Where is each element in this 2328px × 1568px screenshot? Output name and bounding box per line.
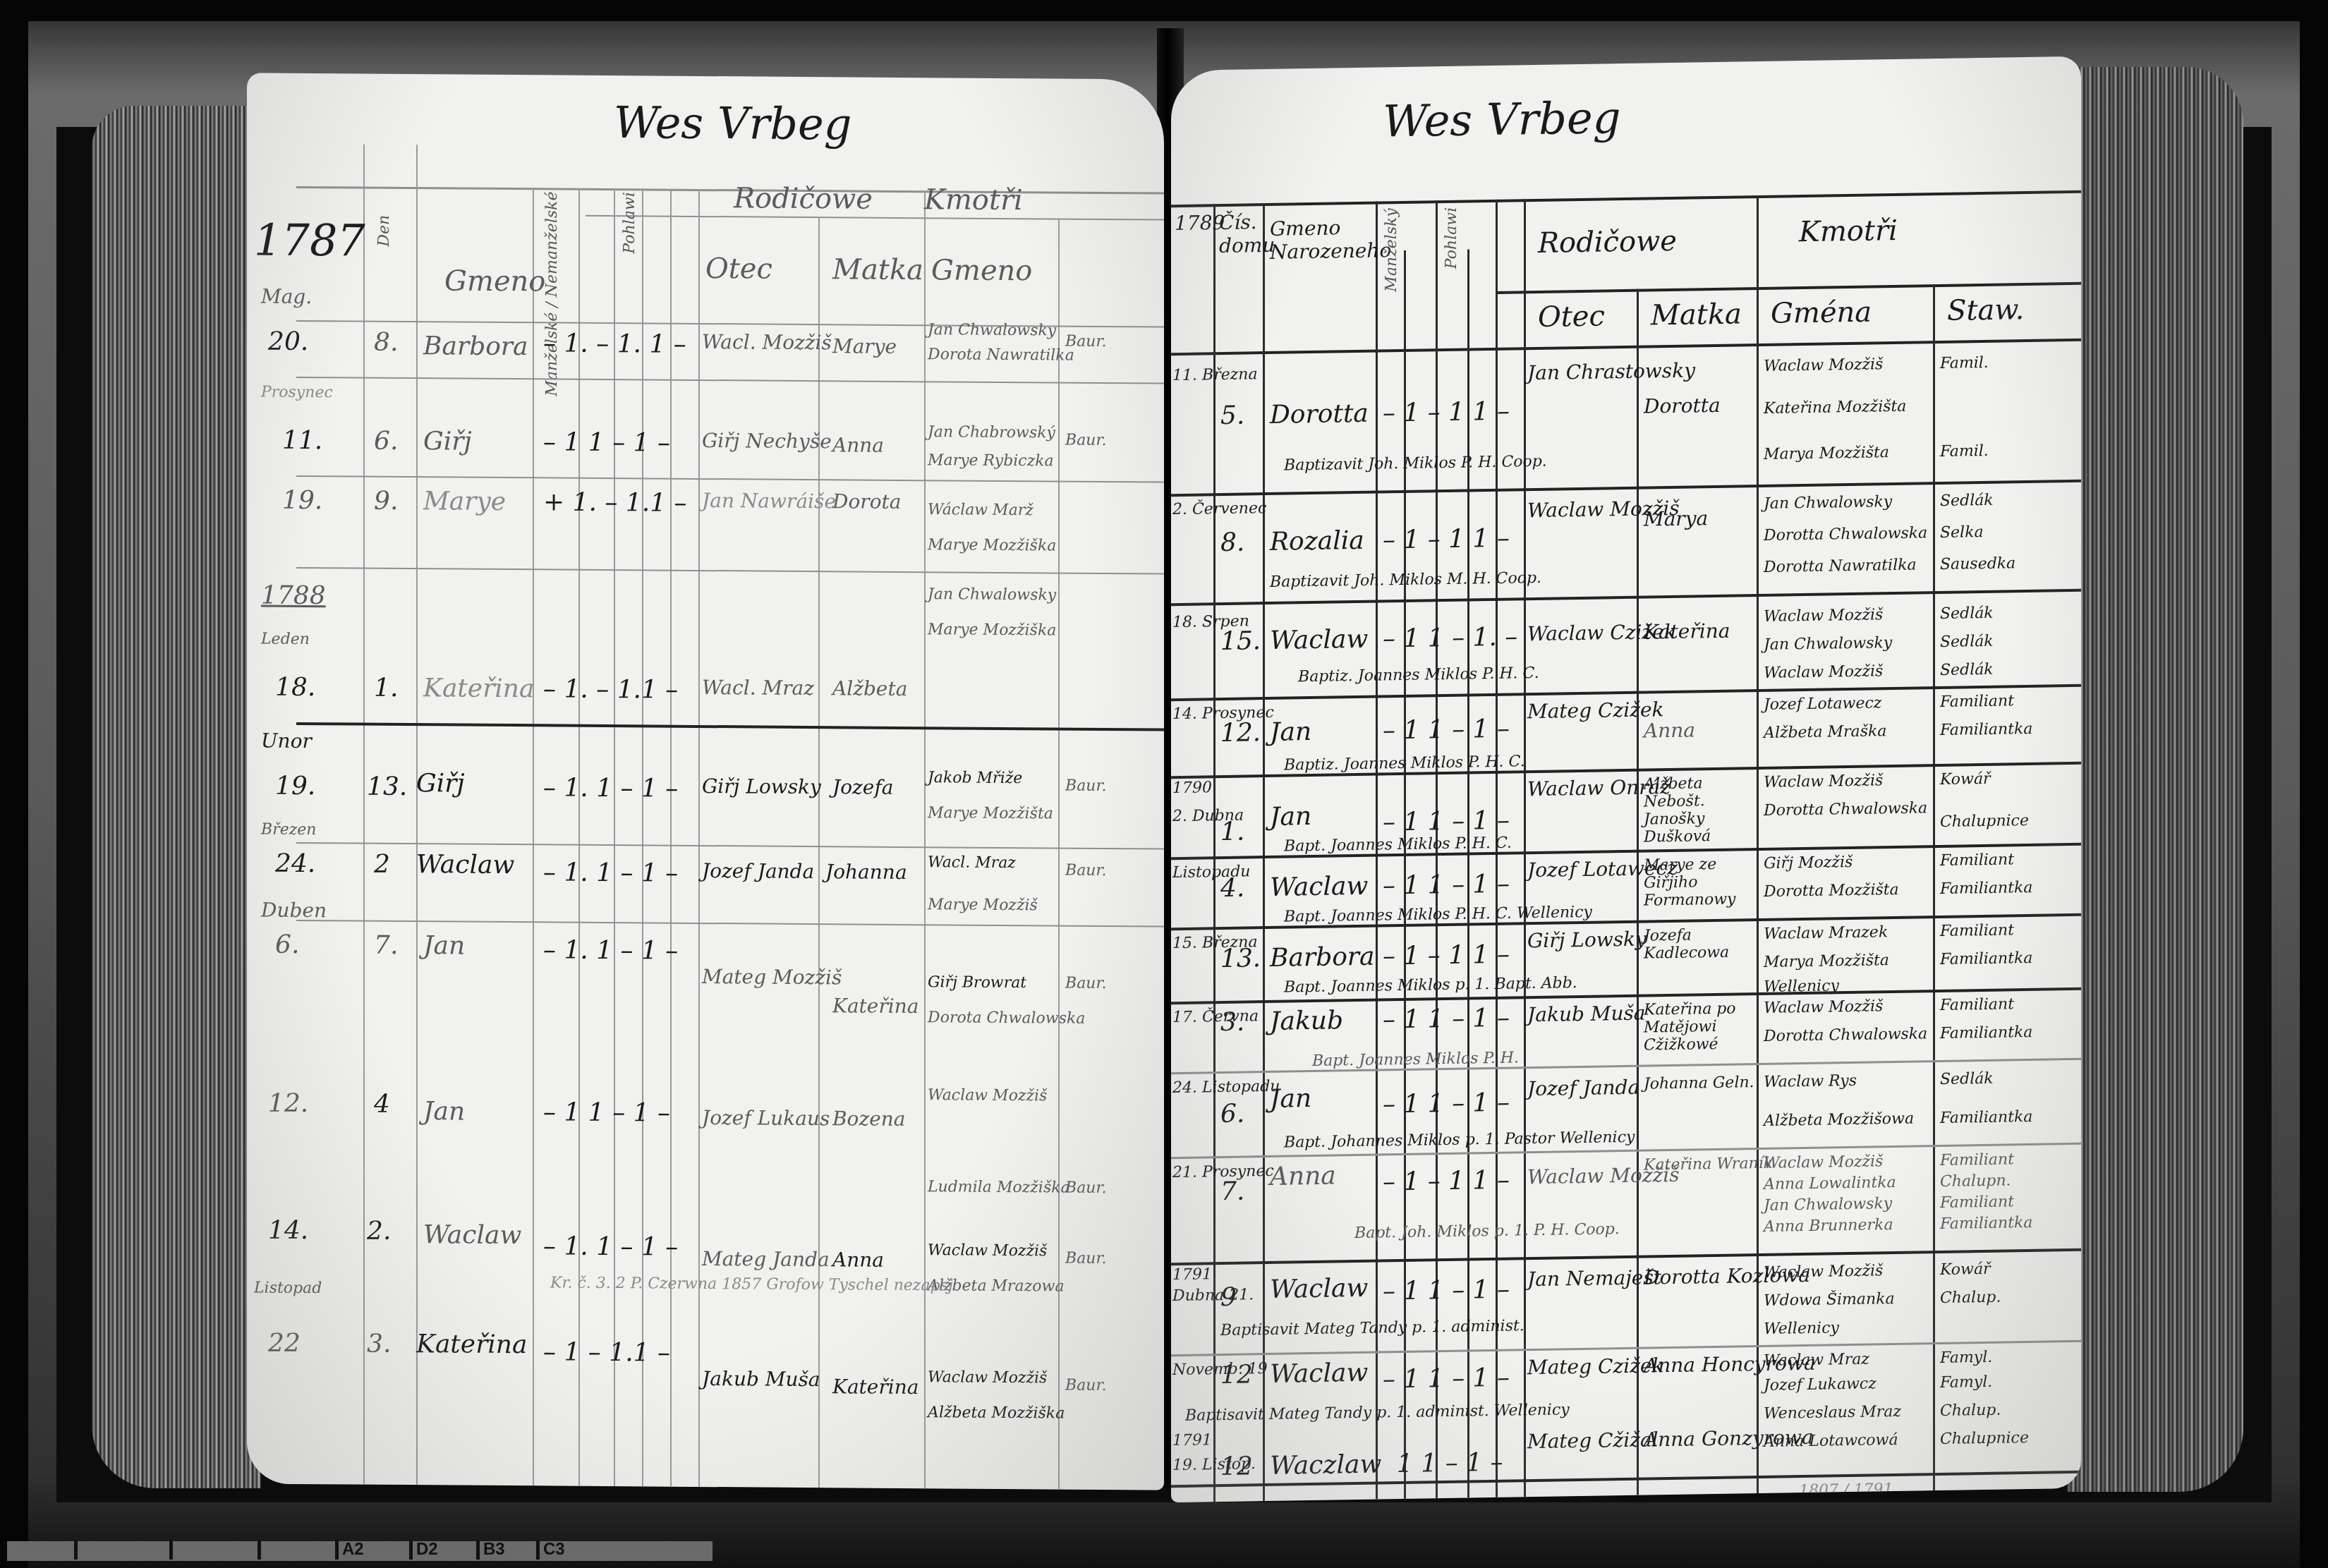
row-father: Jan Chrastowsky <box>1527 358 1695 384</box>
row-godparent: Alžbeta Mozžiška <box>928 1404 1065 1422</box>
header-legitimacy: Manželský <box>1383 208 1400 292</box>
row-day: 19. <box>275 772 315 801</box>
year-1790: 1790 <box>1172 779 1212 797</box>
row-house: 13. <box>367 772 407 801</box>
row-child-name: Kateřina <box>423 674 535 703</box>
row-godparent: Anna Brunnerka <box>1764 1216 1893 1236</box>
row-child-name: Marye <box>423 487 506 516</box>
film-tick <box>409 1540 413 1560</box>
row-godparent: Marye Mozžiš <box>928 896 1038 914</box>
row-mother: Dorotta <box>1644 394 1721 418</box>
row-house: 6. <box>1220 1099 1244 1129</box>
col-rule <box>416 145 418 1485</box>
row-mother: Alžbeta Nebošt. Janošky Dušková <box>1644 774 1757 846</box>
row-date: Dubna 21. <box>1172 1286 1254 1305</box>
row-baptized: Baptizavit Joh. Miklos P. H. Coop. <box>1284 453 1547 475</box>
row-mother: Marya <box>1644 506 1708 530</box>
row-godparent: Wacl. Mraz <box>928 853 1016 872</box>
row-mother: Alžbeta <box>832 676 907 700</box>
header-rule <box>296 186 1164 195</box>
header-legitimacy: Manželské / Nemanželské <box>543 191 561 396</box>
page-stack-right <box>2067 67 2243 1492</box>
row-child-name: Jan <box>1270 717 1311 747</box>
row-godparent: Giřj Browrat <box>928 973 1026 992</box>
row-status: Sedlák <box>1940 492 1994 510</box>
row-godparent: Alžbeta Mozžišowa <box>1764 1110 1914 1130</box>
header-name: Gmeno <box>444 265 545 298</box>
col-rule <box>1637 289 1639 1495</box>
row-day: 18. <box>275 673 315 702</box>
year-1788: 1788 <box>261 581 326 611</box>
row-father: Jakub Muša <box>1527 1002 1646 1027</box>
row-child-name: Jan <box>1270 802 1311 832</box>
row-father: Jan Nemaješt <box>1527 1265 1661 1291</box>
film-tick <box>169 1540 173 1560</box>
row-marks: – 1 1 – 1 – <box>1383 715 1510 746</box>
row-house: 4. <box>1220 873 1244 903</box>
row-status: Familiant <box>1940 692 2014 711</box>
row-status: Selka <box>1940 523 1984 542</box>
row-godparent: Marye Mozžiška <box>928 621 1056 639</box>
row-status: Chalupn. <box>1940 1172 2011 1191</box>
row-status: Sedlák <box>1940 1070 1994 1088</box>
row-child-name: Waclaw <box>416 850 514 880</box>
month-label: Prosynec <box>261 384 333 402</box>
row-rule <box>296 722 1164 731</box>
row-marks: – 1. – 1. 1 – <box>543 329 686 358</box>
row-day: 22 <box>268 1329 301 1358</box>
row-status: Familiant <box>1940 1193 2014 1212</box>
row-marks: – 1 1 – 1 – <box>1383 806 1510 837</box>
row-child-name: Giřj <box>416 769 465 798</box>
row-status: Famil. <box>1940 354 1989 372</box>
row-house: 9. <box>374 487 398 516</box>
row-mother: Jozefa Kadlecowa <box>1644 925 1757 963</box>
film-label: C3 <box>543 1540 565 1560</box>
header-day: Den <box>375 215 393 247</box>
row-godparent: Jan Chwalowsky <box>1764 1195 1892 1215</box>
row-marks: – 1 1 – 1 – <box>543 427 670 457</box>
left-page-title: Wes Vrbeg <box>614 97 851 150</box>
row-status: Baur. <box>1065 862 1107 880</box>
row-status: Sedlák <box>1940 604 1994 623</box>
row-status: Kowář <box>1940 1260 1991 1279</box>
row-marks: – 1 – 1 1 – <box>1383 940 1510 971</box>
row-godparent: Jozef Lukawcz <box>1764 1375 1877 1394</box>
header-godparent-name: Gména <box>1771 296 1872 330</box>
row-house: 3. <box>367 1330 391 1359</box>
month-label: Mag. <box>261 285 312 309</box>
row-marks: – 1 – 1 1 – <box>1383 397 1510 428</box>
film-edge-left <box>0 0 28 1568</box>
film-label: A2 <box>342 1540 364 1560</box>
row-rule <box>296 567 1164 575</box>
row-marks: – 1. 1 – 1 – <box>543 935 678 965</box>
row-godparent: Wdowa Šimanka <box>1764 1290 1895 1310</box>
row-godparent: Dorota Nawratilka <box>928 346 1074 364</box>
header-bottom-rule <box>1171 339 2081 355</box>
row-child-name: Waclaw <box>1270 625 1368 655</box>
row-godparent: Anna Lowalintka <box>1764 1174 1896 1193</box>
row-marks: – 1 – 1 1 – <box>1383 1166 1510 1197</box>
row-status: Familiantka <box>1940 720 2032 739</box>
row-godparent: Waclaw Mozžiš <box>1764 1153 1883 1172</box>
row-marks: – 1. 1 – 1 – <box>543 773 678 803</box>
row-godparent: Alžbeta Mraška <box>1764 722 1886 742</box>
row-marks: – 1 1 – 1 – <box>1383 1363 1510 1394</box>
film-tick <box>335 1540 339 1560</box>
row-marks: – 1. – 1.1 – <box>543 674 678 704</box>
row-godparent: Waclaw Mozžiš <box>1764 997 1883 1017</box>
row-mother: Kateřina po Matějowi Cžižkowé <box>1644 999 1757 1055</box>
row-status: Baur. <box>1065 1250 1107 1268</box>
row-child-name: Jan <box>423 931 465 960</box>
row-rule <box>296 475 1164 483</box>
col-rule <box>1524 199 1526 1497</box>
row-status: Famil. <box>1940 442 1989 461</box>
row-child-name: Waclaw <box>1270 1359 1368 1389</box>
row-house: 13. <box>1220 944 1261 973</box>
row-marks: – 1 1 – 1 – <box>1383 1004 1510 1035</box>
row-godparent: Jozef Lotawecz <box>1764 694 1881 714</box>
row-mother: Marye <box>832 334 897 358</box>
row-child-name: Jan <box>423 1097 465 1126</box>
row-status: Familiantka <box>1940 1108 2032 1127</box>
row-godparent: Wenceslaus Mraz <box>1764 1403 1901 1423</box>
row-godparent: Marya Mozžišta <box>1764 444 1889 463</box>
header-sex: Pohlawi <box>621 192 638 254</box>
month-label: Unor <box>261 729 312 753</box>
row-father: Mateg Janda <box>702 1247 830 1271</box>
row-father: Wacl. Mraz <box>702 676 814 700</box>
row-status: Chalup. <box>1940 1402 2001 1420</box>
row-baptized: Baptizavit Joh. Miklos M. H. Coop. <box>1270 569 1541 591</box>
row-status: Familiantka <box>1940 949 2032 968</box>
row-father: Jan Nawráiše <box>702 489 836 513</box>
header-godparents: Kmotři <box>1799 214 1898 248</box>
row-rule <box>1171 589 2081 606</box>
row-status: Familiant <box>1940 1150 2014 1169</box>
year-1791: 1791 <box>1172 1431 1212 1450</box>
row-mother: Kateřina <box>832 994 919 1018</box>
row-baptized: Bapt. Joh. Miklos p. 1. P. H. Coop. <box>1354 1220 1620 1242</box>
year-1787: 1787 <box>254 214 365 267</box>
row-godparent: Dorotta Chwalowska <box>1764 1025 1927 1045</box>
row-mother: Anna <box>832 1248 884 1272</box>
row-child-name: Jakub <box>1270 1006 1343 1036</box>
row-marks: – 1 1 – 1. – <box>1383 622 1517 653</box>
row-father: Giřj Lowsky <box>1527 928 1647 953</box>
row-status: Sausedka <box>1940 554 2015 573</box>
row-godparent: Waclaw Mozžiš <box>1764 606 1883 626</box>
row-mother: Johanna <box>825 860 907 884</box>
header-godparents: Kmotři <box>924 183 1023 217</box>
header-subrule <box>1496 282 2081 294</box>
film-edge-top <box>0 0 2328 21</box>
film-tick <box>476 1540 480 1560</box>
col-rule <box>363 145 365 1485</box>
row-date: 11. Března <box>1172 365 1258 384</box>
row-father: Jozef Lukaus <box>702 1106 830 1130</box>
row-child-name: Jan <box>1270 1084 1311 1114</box>
film-tick <box>257 1540 261 1560</box>
row-mother: Anna <box>1644 718 1695 742</box>
row-status: Baur. <box>1065 1377 1107 1394</box>
film-label: B3 <box>483 1540 505 1560</box>
header-house: Čís. domu <box>1219 210 1261 257</box>
row-marks: 1 1 – 1 – <box>1397 1448 1503 1478</box>
row-mother: Anna Gonzyrowa <box>1644 1426 1814 1452</box>
row-house: 12 <box>1220 1452 1253 1481</box>
left-page: Wes Vrbeg 1787 Den Gmeno Manželské / Nem… <box>247 73 1164 1490</box>
month-label: Listopad <box>254 1280 322 1298</box>
row-status: Familiantka <box>1940 879 2032 898</box>
row-mother: Bozena <box>832 1107 905 1131</box>
row-godparent: Dorotta Chwalowska <box>1764 524 1927 545</box>
row-baptized: Baptisavit Mateg Tandy p. 1. administ. <box>1220 1317 1524 1339</box>
row-godparent: Waclaw Mraz <box>1764 1351 1869 1370</box>
row-house: 8. <box>374 328 398 357</box>
right-page-title: Wes Vrbeg <box>1383 92 1620 147</box>
row-marks: – 1 – 1 1 – <box>1383 524 1510 555</box>
row-godparent: Waclaw Mozžiš <box>1764 772 1883 791</box>
row-child-name: Kateřina <box>416 1330 528 1359</box>
row-godparent: Jan Chwalowsky <box>1764 493 1892 513</box>
row-baptized: Bapt. Joannes Miklos p. 1. Bapt. Abb. <box>1284 974 1577 997</box>
page-stack-left <box>92 106 261 1488</box>
month-label: Leden <box>261 631 310 648</box>
row-godparent: Jan Chwalowsky <box>928 585 1056 604</box>
row-status: Familiant <box>1940 851 2014 870</box>
year-1789: 1789 <box>1175 211 1225 235</box>
row-house: 8. <box>1220 528 1244 557</box>
header-godparent-status: Staw. <box>1947 293 2025 327</box>
row-child-name: Dorotta <box>1270 399 1369 430</box>
year-1791: 1791 <box>1172 1265 1212 1284</box>
row-mother: Johanna Geln. <box>1644 1074 1754 1093</box>
row-day: 11. <box>282 426 322 455</box>
row-baptized: Baptiz. Joannes Miklos P. H. C. <box>1298 664 1539 686</box>
row-marks: – 1 1 – 1 – <box>1383 1275 1510 1306</box>
month-label: Duben <box>261 899 327 923</box>
row-godparent: Giřj Mozžiš <box>1764 853 1853 873</box>
row-godparent: Marye Mozžiška <box>928 536 1056 554</box>
row-child-name: Barbora <box>423 332 528 361</box>
row-status: Baur. <box>1065 777 1107 795</box>
row-godparent: Waclaw Mozžiš <box>1764 662 1883 682</box>
row-mother: Dorota <box>832 490 902 513</box>
row-father: Jakub Muša <box>702 1367 820 1391</box>
header-mother: Matka <box>1651 298 1742 332</box>
row-godparent: Waclaw Mozžiš <box>1764 355 1883 375</box>
film-tick <box>536 1540 540 1560</box>
row-marks: – 1. 1 – 1 – <box>543 1232 678 1261</box>
col-rule <box>1058 219 1060 1489</box>
row-house: 1. <box>1220 817 1244 846</box>
row-father: Mateg Mozžiš <box>702 965 842 989</box>
right-page: Wes Vrbeg 1789 Čís. domu Gmeno Narozeneh… <box>1171 56 2081 1502</box>
row-status: Famyl. <box>1940 1349 1992 1367</box>
row-house: 6. <box>374 427 398 456</box>
row-godparent: Wáclaw Marž <box>928 501 1033 519</box>
row-rule <box>296 377 1164 384</box>
row-child-name: Waclaw <box>1270 872 1368 902</box>
col-rule <box>818 218 820 1488</box>
row-father: Wacl. Mozžiš <box>702 330 832 354</box>
row-child-name: Giřj <box>423 427 472 456</box>
row-godparent: Waclaw Mozžiš <box>928 1241 1047 1260</box>
header-parents: Rodičowe <box>1538 225 1677 260</box>
row-mother: Jozefa <box>832 775 893 799</box>
row-baptized: Bapt. Johannes Miklos p. 1. Pastor Welle… <box>1284 1129 1635 1152</box>
row-child-name: Waczlaw <box>1270 1450 1381 1480</box>
row-godparent: Dorotta Chwalowska <box>1764 799 1927 820</box>
row-day: 6. <box>275 930 299 959</box>
row-mother: Anna <box>832 433 884 457</box>
col-rule <box>1757 195 1759 1493</box>
row-date: 17. Června <box>1172 1007 1259 1026</box>
row-child-name: Rozalia <box>1270 526 1364 557</box>
header-name: Gmeno Narozeneho <box>1270 216 1376 264</box>
col-rule <box>1263 203 1265 1501</box>
header-rule <box>1171 190 2081 207</box>
row-day: 19. <box>282 486 322 515</box>
row-godparent: Jan Chabrowský <box>928 423 1055 442</box>
film-edge-right <box>2300 0 2328 1568</box>
row-status: Chalup. <box>1940 1289 2001 1307</box>
row-house: 7. <box>1220 1177 1244 1206</box>
row-house: 2. <box>367 1217 391 1246</box>
row-marks: – 1 – 1.1 – <box>543 1337 670 1367</box>
header-father: Otec <box>705 253 772 286</box>
col-rule <box>1933 284 1935 1490</box>
row-house: 12 <box>1220 1360 1253 1390</box>
row-godparent: Waclaw Mozžiš <box>928 1086 1047 1105</box>
row-house: 9 <box>1220 1283 1237 1312</box>
film-tick <box>74 1540 78 1560</box>
row-godparent: Dorotta Nawratilka <box>1764 557 1917 576</box>
row-house: 12. <box>1220 718 1261 748</box>
col-rule <box>1213 204 1215 1502</box>
row-status: Baur. <box>1065 333 1107 351</box>
row-godparent: Jakob Mřiže <box>928 769 1022 787</box>
row-house: 15. <box>1220 626 1261 656</box>
row-father: Jozef Janda <box>702 859 814 883</box>
row-rule <box>296 842 1164 850</box>
header-subrule <box>586 215 1164 221</box>
row-godparent: Kateřina Mozžišta <box>1764 398 1906 418</box>
row-house: 4 <box>374 1090 390 1119</box>
row-house: 1. <box>374 674 398 703</box>
row-status: Familiantka <box>1940 1214 2032 1233</box>
col-rule <box>533 188 534 1485</box>
row-godparent: Waclaw Rys <box>1764 1072 1857 1091</box>
row-godparent: Waclaw Mozžiš <box>1764 1262 1883 1282</box>
row-day: 14. <box>268 1216 308 1245</box>
row-father: Mateg Cžižal <box>1527 1428 1659 1453</box>
row-godparent: Dorota Chwalowska <box>928 1009 1085 1028</box>
row-house: 3. <box>1220 1007 1244 1037</box>
row-marks: + 1. – 1.1 – <box>543 487 687 517</box>
row-father: Giřj Nechyše <box>702 429 832 453</box>
row-status: Chalupnice <box>1940 812 2029 831</box>
row-status: Sedlák <box>1940 633 1994 651</box>
row-status: Baur. <box>1065 975 1107 992</box>
row-godparent: Wellenicy <box>1764 1319 1839 1338</box>
row-godparent: Marye Rybiczka <box>928 451 1054 470</box>
row-marks: – 1 1 – 1 – <box>1383 870 1510 901</box>
row-day: 24. <box>275 849 315 878</box>
row-mother: Kateřina <box>832 1375 919 1399</box>
row-house: 7. <box>374 931 398 960</box>
row-godparent: Ludmila Mozžiška <box>928 1178 1070 1196</box>
row-child-name: Waclaw <box>1270 1274 1368 1304</box>
row-rule <box>296 920 1164 928</box>
row-father: Giřj Lowsky <box>702 774 821 798</box>
row-day: 12. <box>268 1089 308 1118</box>
row-status: Chalupnice <box>1940 1429 2029 1448</box>
month-label: Březen <box>261 821 316 839</box>
row-status: Baur. <box>1065 1179 1107 1197</box>
row-house: 2 <box>374 850 390 879</box>
row-baptized: Baptisavit Mateg Tandy p. 1. administ. W… <box>1185 1401 1570 1425</box>
row-father: Jozef Janda <box>1527 1076 1639 1101</box>
header-sex: Pohlawi <box>1443 207 1460 269</box>
row-mother: Marye ze Giřjiho Formanowy <box>1644 855 1757 910</box>
row-godparent: Waclaw Mrazek <box>1764 923 1888 943</box>
row-status: Familiantka <box>1940 1023 2032 1043</box>
row-status: Familiant <box>1940 995 2014 1014</box>
row-date: 2. Červenec <box>1172 499 1266 518</box>
row-godparent: Dorotta Mozžišta <box>1764 881 1899 901</box>
row-godparent: Marye Mozžišta <box>928 804 1053 822</box>
row-status: Familiant <box>1940 921 2014 940</box>
row-status: Sedlák <box>1940 661 1994 679</box>
row-house: 5. <box>1220 401 1244 430</box>
header-mother: Matka <box>832 253 923 286</box>
header-father: Otec <box>1538 300 1605 333</box>
row-marks: – 1 1 – 1 – <box>543 1098 670 1127</box>
margin-note: Kr. č. 3. 2 P. Czerwna 1857 Grofow Tysch… <box>550 1274 953 1294</box>
header-godparent-name: Gmeno <box>931 254 1032 287</box>
row-date: 24. Listopadu <box>1172 1078 1280 1097</box>
row-godparent: Marya Mozžišta <box>1764 952 1889 971</box>
row-child-name: Anna <box>1270 1161 1336 1191</box>
row-status: Famyl. <box>1940 1373 1992 1392</box>
row-godparent: Jan Chwalowsky <box>928 321 1056 339</box>
row-child-name: Barbora <box>1270 942 1375 973</box>
row-marks: – 1. 1 – 1 – <box>543 858 678 887</box>
row-godparent: Waclaw Mozžiš <box>928 1368 1047 1387</box>
row-status: Baur. <box>1065 432 1107 449</box>
row-godparent: Jan Chwalowsky <box>1764 634 1892 654</box>
row-day: 20. <box>268 327 308 356</box>
row-mother: Kateřina Wraník <box>1644 1155 1773 1174</box>
row-marks: – 1 1 – 1 – <box>1383 1088 1510 1119</box>
row-mother: Kateřina <box>1644 619 1730 644</box>
row-status: Kowář <box>1940 770 1991 789</box>
row-child-name: Waclaw <box>423 1220 521 1250</box>
header-parents: Rodičowe <box>734 182 873 215</box>
film-label: D2 <box>416 1540 438 1560</box>
